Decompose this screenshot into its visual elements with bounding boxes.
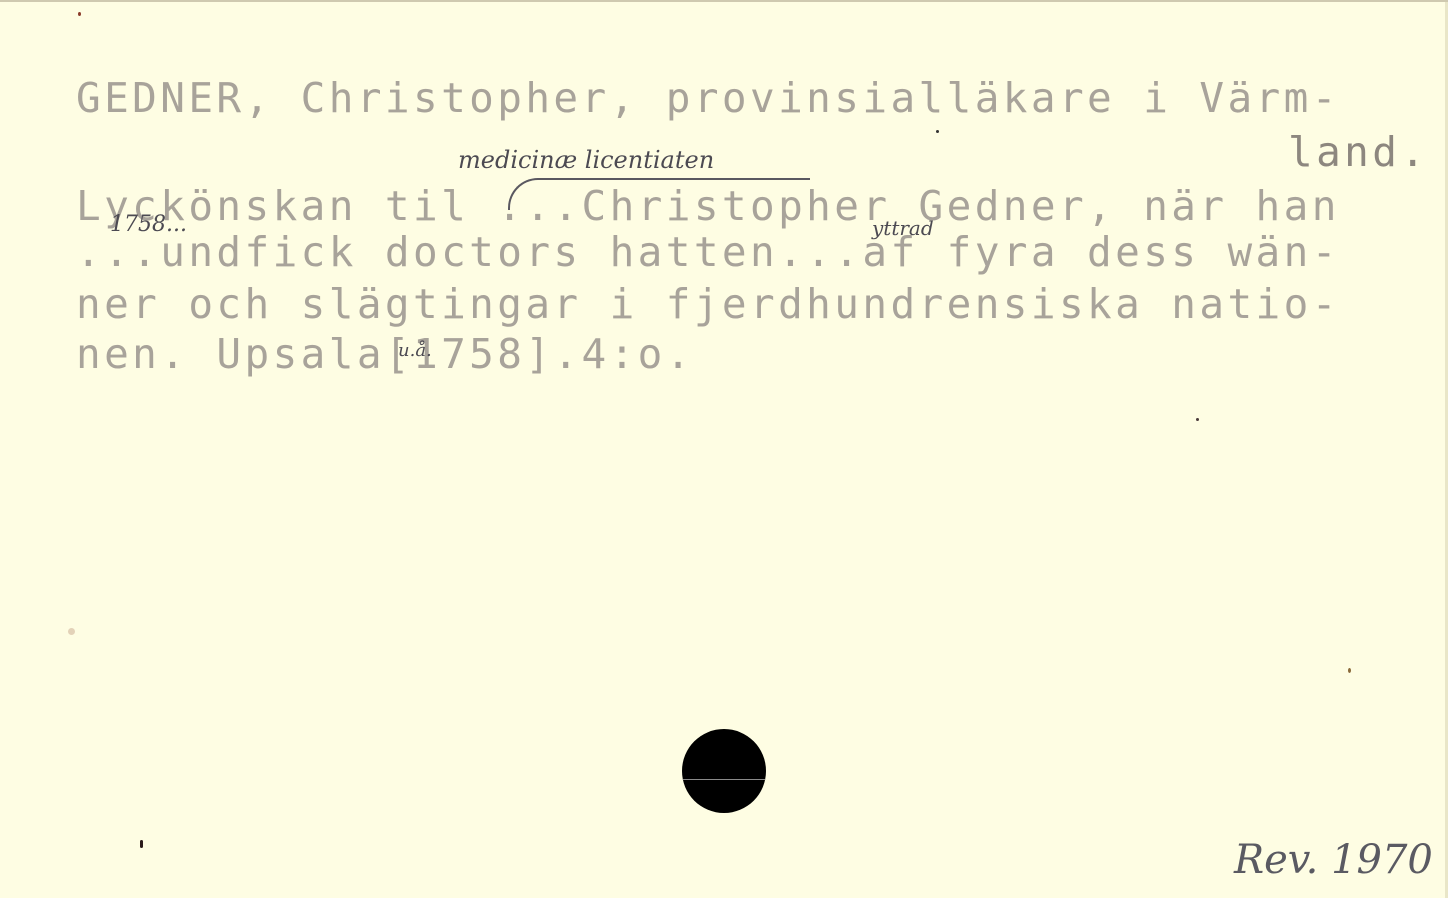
paper-speck (1196, 418, 1199, 421)
paper-speck (936, 130, 939, 133)
typed-line-3: Lyckönskan til ...Christopher Gedner, nä… (76, 186, 1340, 227)
paper-speck (1348, 668, 1351, 673)
typed-line-5: ner och slägtingar i fjerdhundrensiska n… (76, 284, 1340, 325)
paper-speck (78, 12, 81, 16)
punch-hole (682, 729, 766, 813)
paper-stain (68, 628, 75, 635)
catalog-card: GEDNER, Christopher, provinsialläkare i … (0, 0, 1448, 898)
paper-mark (140, 840, 143, 848)
typed-line-2: land. (1288, 132, 1428, 173)
handwritten-insertion-medicinae-licentiaten: medicinæ licentiaten (458, 148, 714, 172)
handwritten-revision-note: Rev. 1970 (1234, 840, 1433, 880)
typed-line-1: GEDNER, Christopher, provinsialläkare i … (76, 78, 1340, 119)
typed-line-6: nen. Upsala[1758].4:o. (76, 334, 694, 375)
handwritten-u-a: u.å. (398, 342, 432, 360)
typed-line-4: ...undfick doctors hatten...af fyra dess… (76, 232, 1340, 273)
